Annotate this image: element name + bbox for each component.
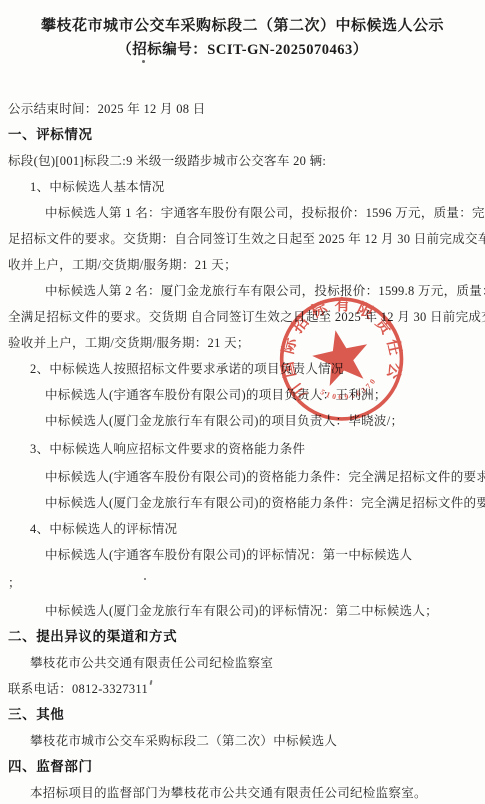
objection-office: 攀枝花市公共交通有限责任公司纪检监察室 — [8, 650, 477, 676]
section-3-heading: 三、其他 — [8, 702, 477, 728]
winner-2-line-2: 全满足招标文件的要求。交货期 自合同签订生效之日起至 2025 年 12 月 3… — [8, 304, 477, 330]
item-4-evaluation: 4、中标候选人的评标情况 — [8, 516, 477, 542]
qualification-2: 中标候选人(厦门金龙旅行车有限公司)的资格能力条件：完全满足招标文件的要求； — [8, 490, 477, 516]
item-3-qualifications: 3、中标候选人响应招标文件要求的资格能力条件 — [8, 434, 477, 464]
project-manager-1: 中标候选人(宇通客车股份有限公司)的项目负责人：王利洲； — [8, 382, 477, 408]
document-page: 攀枝花市城市公交车采购标段二（第二次）中标候选人公示 （招标编号：SCIT-GN… — [0, 0, 485, 804]
winner-2-line-1: 中标候选人第 2 名：厦门金龙旅行车有限公司，投标报价：1599.8 万元，质量… — [8, 278, 477, 304]
supervision-content: 本招标项目的监督部门为攀枝花市公共交通有限责任公司纪检监察室。 — [8, 780, 477, 804]
evaluation-1: 中标候选人(宇通客车股份有限公司)的评标情况：第一中标候选人 — [8, 542, 477, 568]
other-content: 攀枝花市城市公交车采购标段二（第二次）中标候选人 — [8, 728, 477, 754]
item-1-basic-info: 1、中标候选人基本情况 — [8, 174, 477, 200]
tender-number: （招标编号：SCIT-GN-2025070463） — [8, 38, 477, 62]
winner-1-line-2: 足招标文件的要求。交货期：自合同签订生效之日起至 2025 年 12 月 30 … — [8, 226, 477, 252]
item-2-project-managers: 2、中标候选人按照招标文件要求承诺的项目负责人情况 — [8, 356, 477, 382]
qualification-1: 中标候选人(宇通客车股份有限公司)的资格能力条件：完全满足招标文件的要求； — [8, 464, 477, 490]
publicity-end-time: 公示结束时间：2025 年 12 月 08 日 — [8, 96, 477, 122]
section-2-heading: 二、提出异议的渠道和方式 — [8, 624, 477, 650]
scan-speck-2 — [144, 578, 146, 580]
winner-2-line-3: 验收并上户，工期/交货期/服务期：21 天； — [8, 330, 477, 356]
section-4-heading: 四、监督部门 — [8, 754, 477, 780]
section-1-heading: 一、评标情况 — [8, 122, 477, 148]
lot-description: 标段(包)[001]标段二:9 米级一级踏步城市公交客车 20 辆: — [8, 148, 477, 174]
title-gap — [8, 62, 477, 96]
winner-1-line-3: 收并上户，工期/交货期/服务期：21 天； — [8, 252, 477, 278]
document-title: 攀枝花市城市公交车采购标段二（第二次）中标候选人公示 — [8, 14, 477, 38]
orphan-semicolon: ； — [8, 568, 477, 598]
winner-1-line-1: 中标候选人第 1 名：宇通客车股份有限公司，投标报价：1596 万元，质量：完全… — [8, 200, 477, 226]
contact-phone: 联系电话：0812-3327311 — [8, 676, 477, 702]
scan-speck-1 — [142, 60, 145, 63]
evaluation-2: 中标候选人(厦门金龙旅行车有限公司)的评标情况：第二中标候选人； — [8, 598, 477, 624]
project-manager-2: 中标候选人(厦门金龙旅行车有限公司)的项目负责人：毕晓波/； — [8, 408, 477, 434]
